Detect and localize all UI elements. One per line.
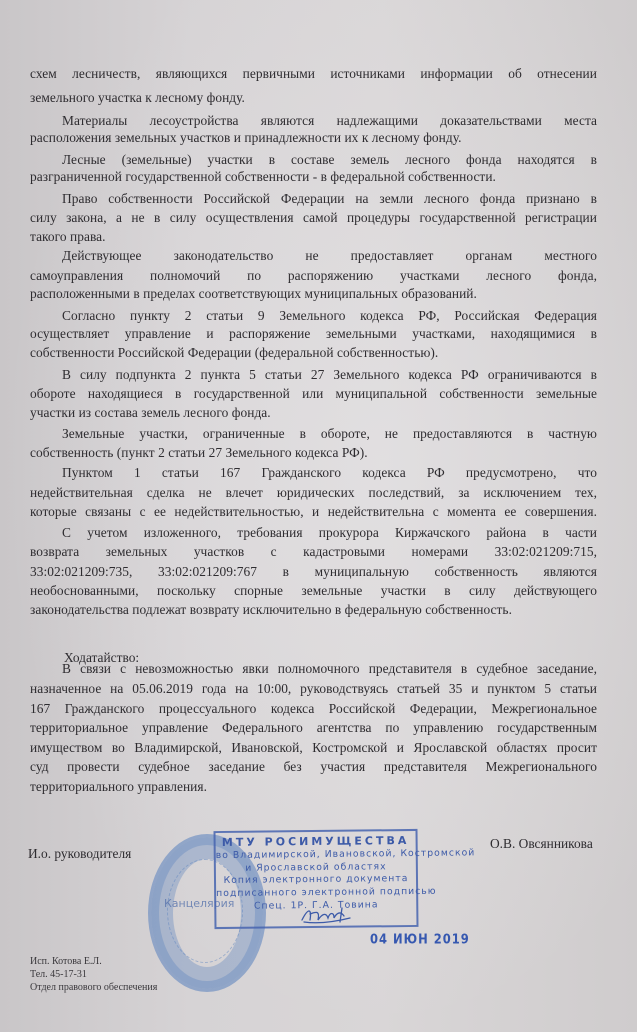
body-line: схем лесничеств, являющихся первичными и… <box>30 64 597 84</box>
body-line: расположения земельных участков и принад… <box>30 128 597 148</box>
petition-line: суд провести судебное заседание без учас… <box>30 757 597 777</box>
petition-line: назначенное на 05.06.2019 года на 10:00,… <box>30 679 597 699</box>
executor-department: Отдел правового обеспечения <box>30 981 157 994</box>
signatory-position: И.о. руководителя <box>28 846 131 862</box>
body-line: обороте находящиеся в государственной ил… <box>30 384 597 404</box>
handwritten-signature-icon <box>300 904 352 926</box>
body-line: недействительная сделка не влечет юридич… <box>30 483 597 503</box>
body-line: Право собственности Российской Федерации… <box>62 189 597 209</box>
body-line: законодательства подлежат возврату исклю… <box>30 600 597 620</box>
executor-name: Исп. Котова Е.Л. <box>30 955 102 968</box>
date-stamp: 04 ИЮН 2019 <box>370 931 470 947</box>
body-line: возврата земельных участков с кадастровы… <box>30 542 597 562</box>
document-page: схем лесничеств, являющихся первичными и… <box>0 0 637 1032</box>
body-line: Пунктом 1 статьи 167 Гражданского кодекс… <box>62 463 597 483</box>
petition-line: В связи с невозможностью явки полномочно… <box>62 659 597 679</box>
body-line: Действующее законодательство не предоста… <box>62 246 597 266</box>
body-line: необоснованными, поскольку спорные земел… <box>30 581 597 601</box>
body-line: Согласно пункту 2 статьи 9 Земельного ко… <box>62 306 597 326</box>
body-line: разграниченной государственной собственн… <box>30 167 597 187</box>
petition-line: 167 Гражданского процессуального кодекса… <box>30 699 597 719</box>
stamp-line: подписанного электронной подписью <box>216 886 416 901</box>
body-line: Земельные участки, ограниченные в оборот… <box>62 424 597 444</box>
body-line: собственности Российской Федерации (феде… <box>30 343 597 363</box>
petition-line: территориальное управление Федерального … <box>30 718 597 738</box>
body-line: такого права. <box>30 227 597 247</box>
body-line: 33:02:021209:735, 33:02:021209:767 в мун… <box>30 562 597 582</box>
body-line: земельного участка к лесному фонду. <box>30 88 597 108</box>
body-line: осуществляет управление и распоряжение з… <box>30 324 597 344</box>
body-line: В силу подпункта 2 пункта 5 статьи 27 Зе… <box>62 365 597 385</box>
body-line: С учетом изложенного, требования прокуро… <box>62 523 597 543</box>
petition-line: имуществом во Владимирской, Ивановской, … <box>30 738 597 758</box>
petition-line: территориального управления. <box>30 777 597 797</box>
body-line: самоуправления полномочий по распоряжени… <box>30 266 597 286</box>
body-line: собственность (пункт 2 статьи 27 Земельн… <box>30 443 597 463</box>
body-line: расположенными в пределах соответствующи… <box>30 284 597 304</box>
body-line: участки из состава земель лесного фонда. <box>30 403 597 423</box>
body-line: которые связаны с ее недействительностью… <box>30 502 597 522</box>
signatory-name: О.В. Овсянникова <box>490 836 593 852</box>
executor-phone: Тел. 45-17-31 <box>30 968 87 981</box>
body-line: силу закона, а не в силу осуществления с… <box>30 208 597 228</box>
